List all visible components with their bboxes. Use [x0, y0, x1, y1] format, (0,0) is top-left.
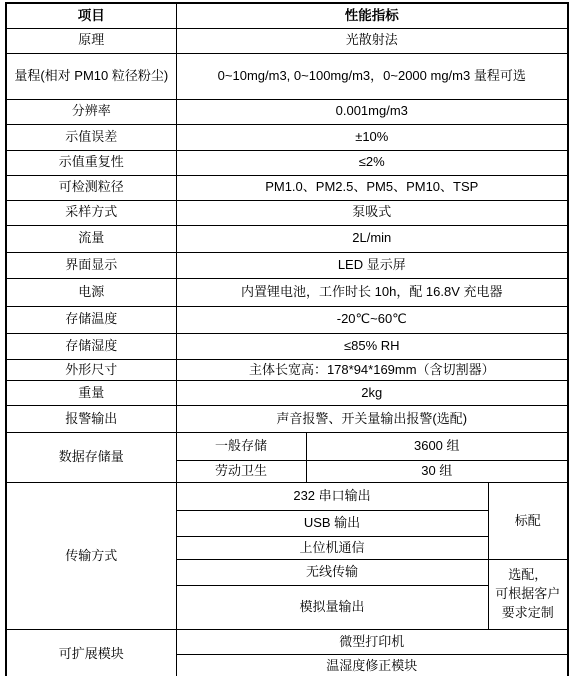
- table-header-row: 项目 性能指标: [6, 3, 568, 28]
- header-item: 项目: [6, 3, 176, 28]
- row-value: ≤85% RH: [176, 333, 568, 359]
- transmission-item: 模拟量输出: [176, 586, 488, 630]
- row-label: 原理: [6, 28, 176, 53]
- row-value: 0.001mg/m3: [176, 99, 568, 124]
- row-label: 示值误差: [6, 124, 176, 150]
- row-label: 传输方式: [6, 483, 176, 630]
- row-value: -20℃~60℃: [176, 306, 568, 333]
- table-row: 示值重复性 ≤2%: [6, 150, 568, 175]
- row-label: 分辨率: [6, 99, 176, 124]
- table-row: 分辨率 0.001mg/m3: [6, 99, 568, 124]
- row-label: 采样方式: [6, 200, 176, 225]
- spec-table: 项目 性能指标 原理 光散射法 量程(相对 PM10 粒径粉尘) 0~10mg/…: [5, 2, 569, 676]
- row-value: 声音报警、开关量输出报警(选配): [176, 406, 568, 433]
- expandable-item: 微型打印机: [176, 630, 568, 655]
- header-spec: 性能指标: [176, 3, 568, 28]
- optional-note-line: 要求定制: [493, 604, 564, 623]
- row-value: 泵吸式: [176, 200, 568, 225]
- table-row: 可检测粒径 PM1.0、PM2.5、PM5、PM10、TSP: [6, 175, 568, 200]
- table-row: 界面显示 LED 显示屏: [6, 252, 568, 278]
- table-row: 存储温度 -20℃~60℃: [6, 306, 568, 333]
- row-label: 重量: [6, 381, 176, 406]
- transmission-item: 无线传输: [176, 560, 488, 586]
- row-label: 示值重复性: [6, 150, 176, 175]
- transmission-item: 上位机通信: [176, 537, 488, 560]
- table-row-expandable: 可扩展模块 微型打印机: [6, 630, 568, 655]
- table-row: 量程(相对 PM10 粒径粉尘) 0~10mg/m3, 0~100mg/m3，0…: [6, 53, 568, 99]
- row-value: 2L/min: [176, 225, 568, 252]
- sub-row-label: 一般存储: [176, 433, 306, 461]
- table-row: 外形尺寸 主体长宽高：178*94*169mm（含切割器）: [6, 359, 568, 381]
- row-value: 主体长宽高：178*94*169mm（含切割器）: [176, 359, 568, 381]
- expandable-item: 温湿度修正模块: [176, 655, 568, 676]
- row-value: 内置锂电池，工作时长 10h，配 16.8V 充电器: [176, 278, 568, 306]
- transmission-item: USB 输出: [176, 511, 488, 537]
- row-value: 2kg: [176, 381, 568, 406]
- row-label: 报警输出: [6, 406, 176, 433]
- row-value: PM1.0、PM2.5、PM5、PM10、TSP: [176, 175, 568, 200]
- row-value: 光散射法: [176, 28, 568, 53]
- row-value: ±10%: [176, 124, 568, 150]
- row-label: 量程(相对 PM10 粒径粉尘): [6, 53, 176, 99]
- row-label: 电源: [6, 278, 176, 306]
- sub-row-value: 30 组: [306, 461, 568, 483]
- table-row: 存储湿度 ≤85% RH: [6, 333, 568, 359]
- row-value: ≤2%: [176, 150, 568, 175]
- optional-note-line: 可根据客户: [493, 585, 564, 604]
- table-row-transmission: 传输方式 232 串口输出 标配: [6, 483, 568, 511]
- table-row: 报警输出 声音报警、开关量输出报警(选配): [6, 406, 568, 433]
- table-row: 电源 内置锂电池，工作时长 10h，配 16.8V 充电器: [6, 278, 568, 306]
- row-label: 外形尺寸: [6, 359, 176, 381]
- row-value: LED 显示屏: [176, 252, 568, 278]
- row-label: 可扩展模块: [6, 630, 176, 676]
- table-row: 重量 2kg: [6, 381, 568, 406]
- table-row: 示值误差 ±10%: [6, 124, 568, 150]
- row-label: 流量: [6, 225, 176, 252]
- transmission-standard-note: 标配: [488, 483, 568, 560]
- row-label: 界面显示: [6, 252, 176, 278]
- transmission-optional-note: 选配， 可根据客户 要求定制: [488, 560, 568, 630]
- table-row: 流量 2L/min: [6, 225, 568, 252]
- table-row: 采样方式 泵吸式: [6, 200, 568, 225]
- row-value: 0~10mg/m3, 0~100mg/m3，0~2000 mg/m3 量程可选: [176, 53, 568, 99]
- table-row: 原理 光散射法: [6, 28, 568, 53]
- row-label: 存储湿度: [6, 333, 176, 359]
- sub-row-value: 3600 组: [306, 433, 568, 461]
- row-label: 数据存储量: [6, 433, 176, 483]
- transmission-item: 232 串口输出: [176, 483, 488, 511]
- table-row-data-storage: 数据存储量 一般存储 3600 组: [6, 433, 568, 461]
- row-label: 可检测粒径: [6, 175, 176, 200]
- row-label: 存储温度: [6, 306, 176, 333]
- optional-note-line: 选配，: [493, 566, 564, 585]
- sub-row-label: 劳动卫生: [176, 461, 306, 483]
